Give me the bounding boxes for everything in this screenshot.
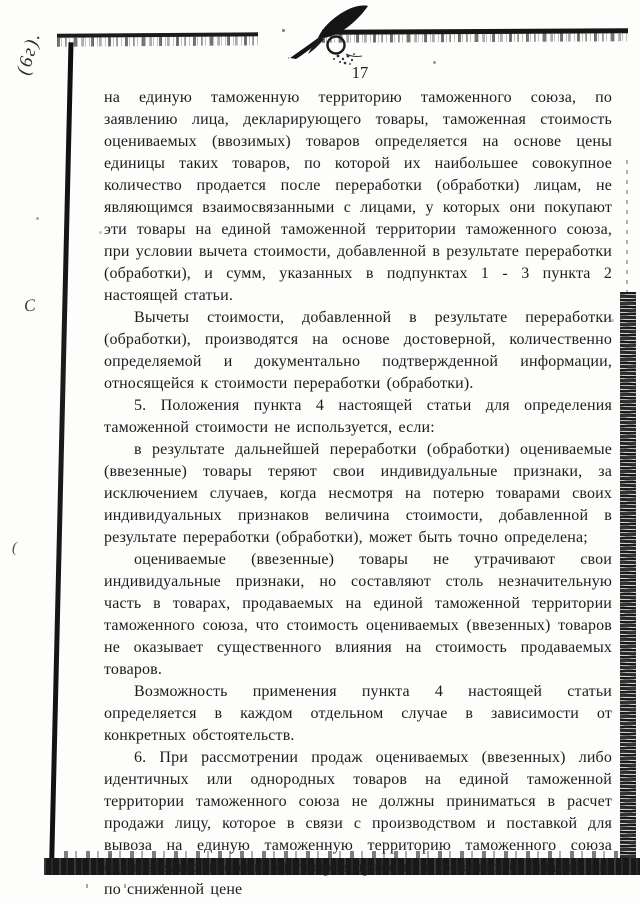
paragraph: оцениваемые (ввезенные) товары не утрачи… bbox=[104, 549, 612, 681]
handwritten-margin-mark: ( bbox=[12, 540, 17, 557]
bird-stamp-icon bbox=[288, 4, 374, 68]
scan-noise-dots bbox=[0, 0, 1, 1]
paragraph: в результате дальнейшей переработки (обр… bbox=[104, 439, 612, 549]
scan-edge-right-faint bbox=[626, 160, 628, 298]
paragraph: 5. Положения пункта 4 настоящей статьи д… bbox=[104, 395, 612, 439]
scan-edge-left bbox=[49, 42, 74, 870]
handwritten-annotation: (6г). bbox=[13, 4, 53, 77]
scan-edge-right bbox=[620, 292, 636, 868]
scanned-document-page: (6г). C ( 17 на единую таможенную террит… bbox=[0, 0, 640, 905]
scan-band-top-left bbox=[57, 32, 258, 37]
handwritten-margin-mark: C bbox=[23, 295, 37, 316]
paragraph: Вычеты стоимости, добавленной в результа… bbox=[104, 307, 612, 395]
page-number: 17 bbox=[330, 63, 390, 83]
paragraph: Возможность применения пункта 4 настояще… bbox=[104, 681, 612, 747]
paragraph: 6. При рассмотрении продаж оцениваемых (… bbox=[104, 747, 612, 901]
document-body: на единую таможенную территорию таможенн… bbox=[104, 87, 612, 901]
paragraph: на единую таможенную территорию таможенн… bbox=[104, 87, 612, 307]
